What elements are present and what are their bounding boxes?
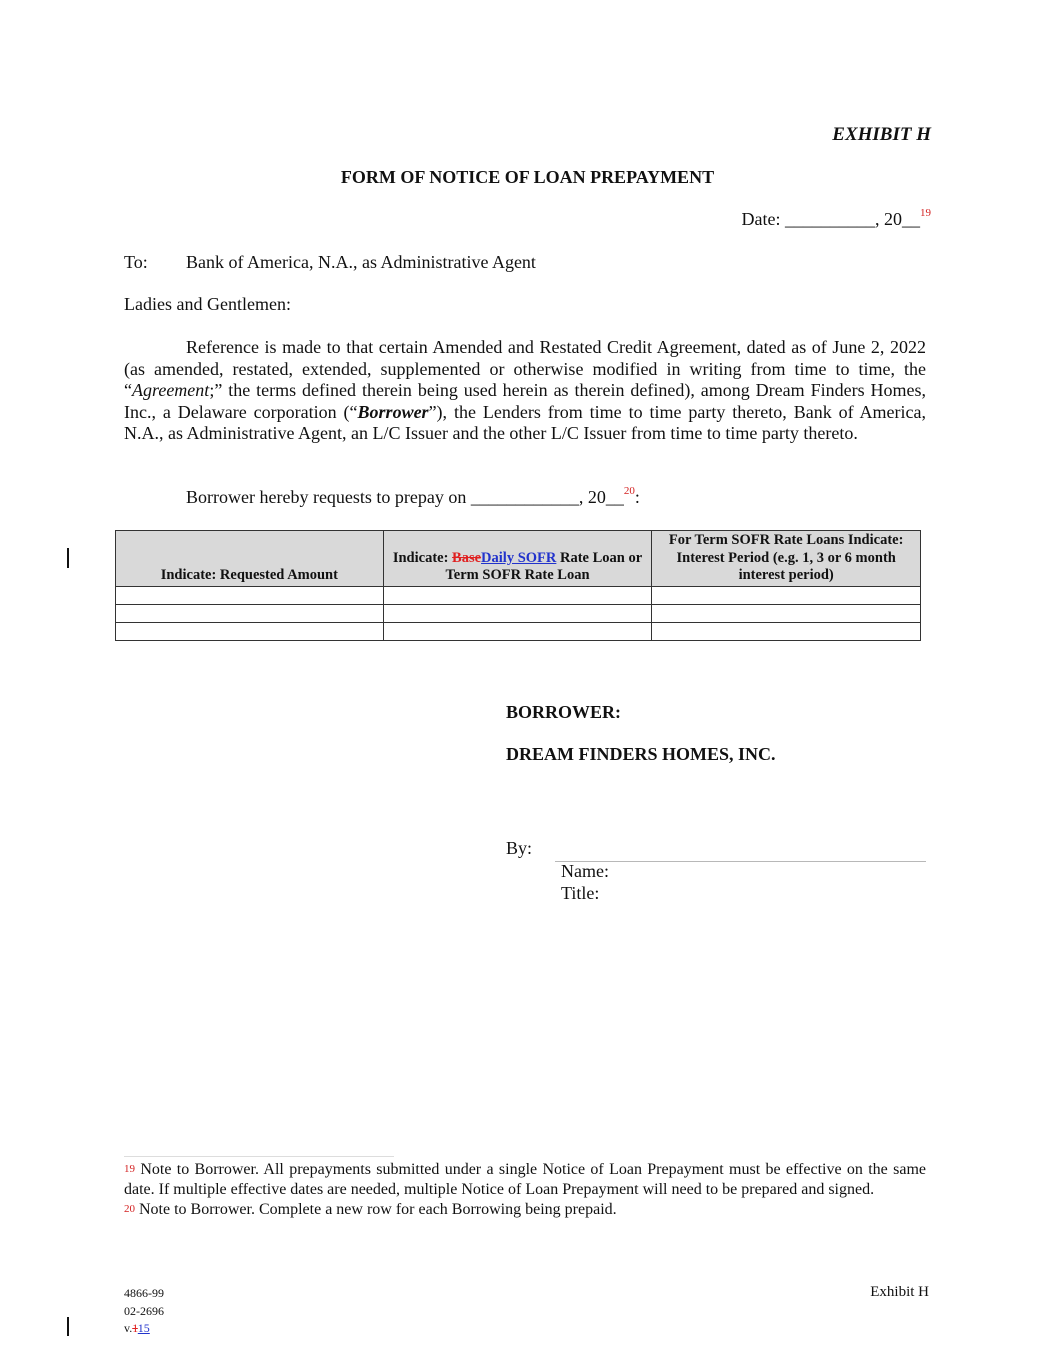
doc-id-line2: 02-2696: [124, 1303, 164, 1321]
header-interest-period: For Term SOFR Rate Loans Indicate: Inter…: [652, 531, 921, 587]
table-cell[interactable]: [652, 586, 921, 604]
company-name: DREAM FINDERS HOMES, INC.: [506, 744, 776, 765]
table-cell[interactable]: [383, 586, 652, 604]
footnotes: 19 Note to Borrower. All prepayments sub…: [124, 1160, 926, 1220]
version-prefix: v.: [124, 1321, 132, 1335]
table-row: [116, 586, 921, 604]
exhibit-title: EXHIBIT H: [0, 124, 931, 146]
footnote-19: 19 Note to Borrower. All prepayments sub…: [124, 1160, 926, 1200]
version-inserted: 15: [138, 1321, 150, 1335]
footnote-separator: [124, 1156, 394, 1157]
header-loan-type: Indicate: BaseDaily SOFR Rate Loan or Te…: [383, 531, 652, 587]
table-header-row: Indicate: Requested Amount Indicate: Bas…: [116, 531, 921, 587]
document-id: 4866-99 02-2696 v.115: [124, 1285, 164, 1338]
table-cell[interactable]: [383, 622, 652, 640]
salutation: Ladies and Gentlemen:: [124, 294, 291, 315]
footnote-ref-20[interactable]: 20: [624, 485, 635, 497]
reference-paragraph: Reference is made to that certain Amende…: [124, 337, 926, 445]
deleted-text: Base: [452, 550, 481, 566]
form-title: FORM OF NOTICE OF LOAN PREPAYMENT: [0, 167, 1055, 188]
request-suffix: :: [635, 487, 640, 507]
footer-page-label: Exhibit H: [870, 1284, 929, 1301]
change-bar: [67, 548, 69, 568]
table-cell[interactable]: [116, 622, 384, 640]
table-cell[interactable]: [652, 604, 921, 622]
footnote-number: 20: [124, 1203, 135, 1215]
table-cell[interactable]: [116, 586, 384, 604]
inserted-text: Daily SOFR: [481, 550, 556, 566]
table-cell[interactable]: [652, 622, 921, 640]
by-label: By:: [506, 838, 532, 859]
table-cell[interactable]: [116, 604, 384, 622]
prepayment-table: Indicate: Requested Amount Indicate: Bas…: [115, 530, 921, 641]
change-bar: [67, 1317, 69, 1336]
footnote-20: 20 Note to Borrower. Complete a new row …: [124, 1200, 926, 1220]
footnote-ref-19[interactable]: 19: [920, 207, 931, 219]
prepay-request-line: Borrower hereby requests to prepay on __…: [186, 487, 640, 508]
agreement-term: Agreement: [132, 380, 209, 400]
header-requested-amount: Indicate: Requested Amount: [116, 531, 384, 587]
header-text: Indicate:: [393, 550, 452, 566]
to-label: To:: [124, 252, 186, 273]
signature-line[interactable]: [555, 861, 926, 862]
version-line: v.115: [124, 1320, 164, 1338]
request-text: Borrower hereby requests to prepay on __…: [186, 487, 624, 507]
name-label: Name:: [561, 861, 609, 882]
footnote-text: Note to Borrower. Complete a new row for…: [135, 1201, 617, 1218]
table-cell[interactable]: [383, 604, 652, 622]
footnote-text: Note to Borrower. All prepayments submit…: [124, 1161, 926, 1198]
to-value: Bank of America, N.A., as Administrative…: [186, 252, 536, 272]
title-label: Title:: [561, 883, 599, 904]
table-row: [116, 604, 921, 622]
addressee-line: To:Bank of America, N.A., as Administrat…: [124, 252, 536, 273]
date-line: Date: __________, 20__19: [742, 209, 931, 230]
borrower-label: BORROWER:: [506, 702, 621, 723]
date-label: Date: __________, 20__: [742, 209, 920, 229]
borrower-term: Borrower: [358, 402, 429, 422]
doc-id-line1: 4866-99: [124, 1285, 164, 1303]
table-row: [116, 622, 921, 640]
footnote-number: 19: [124, 1163, 135, 1175]
